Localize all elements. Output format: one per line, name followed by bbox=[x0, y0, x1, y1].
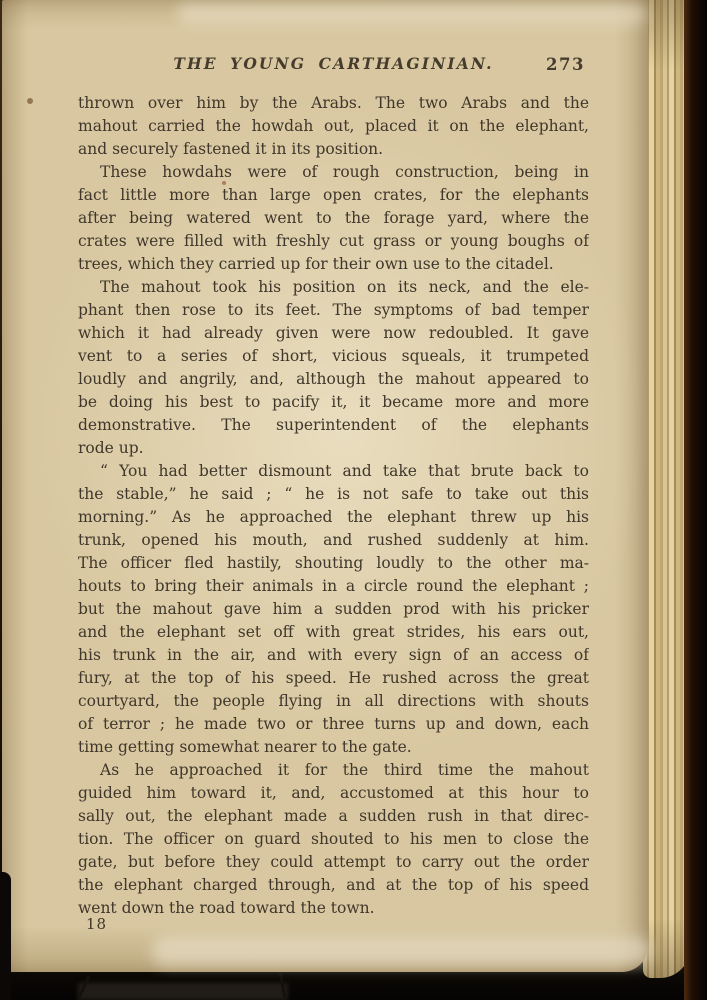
text-line: These howdahs were of rough construction… bbox=[78, 161, 589, 184]
text-line: loudly and angrily, and, although the ma… bbox=[78, 368, 589, 391]
text-line: mahout carried the howdah out, placed it… bbox=[78, 115, 589, 138]
text-line: The officer fled hastily, shouting loudl… bbox=[78, 552, 589, 575]
page-number: 273 bbox=[546, 55, 585, 74]
text-line: tion. The officer on guard shouted to hi… bbox=[78, 828, 589, 851]
text-line: trunk, opened his mouth, and rushed sudd… bbox=[78, 529, 589, 552]
text-line: his trunk in the air, and with every sig… bbox=[78, 644, 589, 667]
text-line: demonstrative. The superintendent of the… bbox=[78, 414, 589, 437]
text-line: but the mahout gave him a sudden prod wi… bbox=[78, 598, 589, 621]
text-line: houts to bring their animals in a circle… bbox=[78, 575, 589, 598]
scan-glare bbox=[177, 4, 647, 24]
text-line: fact little more than large open crates,… bbox=[78, 184, 589, 207]
text-line: fury, at the top of his speed. He rushed… bbox=[78, 667, 589, 690]
text-line: time getting somewhat nearer to the gate… bbox=[78, 736, 589, 759]
page-header: THE YOUNG CARTHAGINIAN. 273 bbox=[78, 54, 589, 78]
book-cradle-shadow bbox=[78, 983, 288, 1000]
text-line: and securely fastened it in its position… bbox=[78, 138, 589, 161]
running-title: THE YOUNG CARTHAGINIAN. bbox=[78, 54, 589, 73]
signature-mark: 18 bbox=[86, 915, 107, 933]
text-line: morning.” As he approached the elephant … bbox=[78, 506, 589, 529]
text-line: vent to a series of short, vicious squea… bbox=[78, 345, 589, 368]
text-line: which it had already given were now redo… bbox=[78, 322, 589, 345]
text-line: of terror ; he made two or three turns u… bbox=[78, 713, 589, 736]
text-line: and the elephant set off with great stri… bbox=[78, 621, 589, 644]
text-line: guided him toward it, and, accustomed at… bbox=[78, 782, 589, 805]
page-text-body: thrown over him by the Arabs. The two Ar… bbox=[78, 92, 589, 920]
paper-blemish bbox=[27, 98, 33, 104]
text-line: the stable,” he said ; “ he is not safe … bbox=[78, 483, 589, 506]
text-line: trees, which they carried up for their o… bbox=[78, 253, 589, 276]
text-line: “ You had better dismount and take that … bbox=[78, 460, 589, 483]
scanned-book-page: THE YOUNG CARTHAGINIAN. 273 thrown over … bbox=[0, 0, 707, 1000]
text-line: thrown over him by the Arabs. The two Ar… bbox=[78, 92, 589, 115]
book-cover-edge bbox=[684, 0, 707, 1000]
text-line: sally out, the elephant made a sudden ru… bbox=[78, 805, 589, 828]
text-line: went down the road toward the town. bbox=[78, 897, 589, 920]
book-fore-edge-pages bbox=[643, 0, 690, 978]
text-line: rode up. bbox=[78, 437, 589, 460]
text-line: gate, but before they could attempt to c… bbox=[78, 851, 589, 874]
scan-glare bbox=[152, 936, 652, 966]
text-line: crates were filled with freshly cut gras… bbox=[78, 230, 589, 253]
page-left-corner-shadow bbox=[0, 872, 11, 1000]
text-line: be doing his best to pacify it, it becam… bbox=[78, 391, 589, 414]
text-line: The mahout took his position on its neck… bbox=[78, 276, 589, 299]
text-line: phant then rose to its feet. The symptom… bbox=[78, 299, 589, 322]
text-line: As he approached it for the third time t… bbox=[78, 759, 589, 782]
text-line: the elephant charged through, and at the… bbox=[78, 874, 589, 897]
text-line: courtyard, the people flying in all dire… bbox=[78, 690, 589, 713]
text-line: after being watered went to the forage y… bbox=[78, 207, 589, 230]
